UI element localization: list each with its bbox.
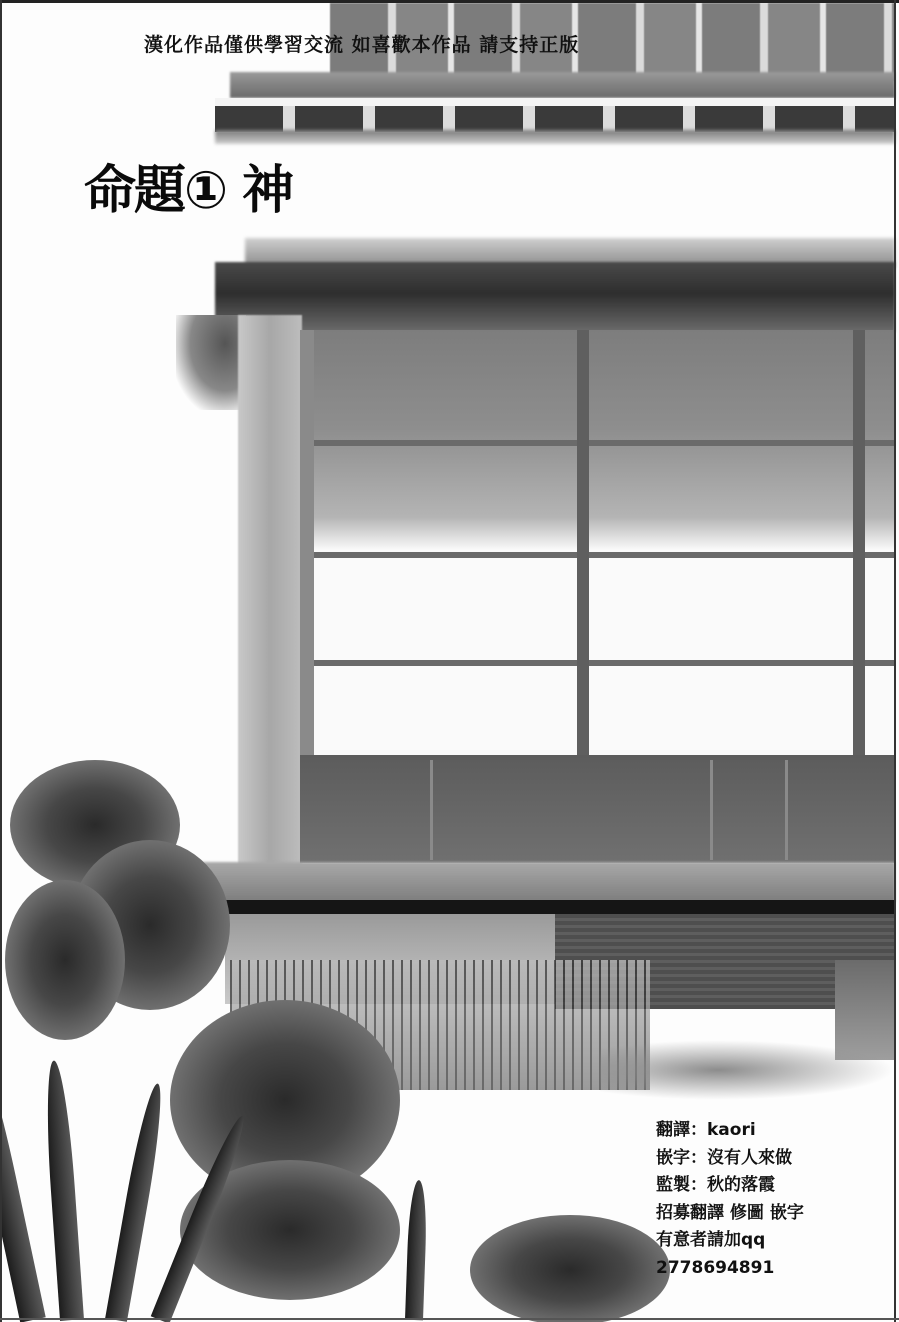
wooden-pillar: [238, 315, 302, 875]
leaf-blade: [105, 1082, 168, 1322]
leaf-blade: [42, 1060, 84, 1321]
manga-page: 漢化作品僅供學習交流 如喜歡本作品 請支持正版 命題① 神 翻譯：kaori 嵌…: [0, 0, 899, 1322]
credit-contact: 有意者請加qq: [656, 1227, 804, 1255]
panel-divider: [710, 760, 713, 860]
veranda-edge: [215, 900, 895, 914]
shoji-rail: [300, 552, 895, 558]
roof-highlight: [215, 98, 895, 106]
chapter-title: 命題① 神: [84, 148, 292, 223]
roof-edge: [230, 72, 895, 98]
leaf-blade: [0, 1034, 46, 1322]
credit-typesetter: 嵌字：沒有人來做: [656, 1145, 804, 1173]
page-border: [0, 1318, 899, 1320]
credits-block: 翻譯：kaori 嵌字：沒有人來做 監製：秋的落霞 招募翻譯 修圖 嵌字 有意者…: [656, 1117, 804, 1282]
ground-shadow: [600, 1040, 895, 1100]
page-border: [894, 0, 896, 1322]
shoji-rail: [300, 660, 895, 666]
scanlation-notice: 漢化作品僅供學習交流 如喜歡本作品 請支持正版: [144, 30, 579, 57]
shoji-rail: [300, 440, 895, 446]
rafters: [215, 106, 895, 132]
flower: [5, 880, 125, 1040]
lower-wall-panel: [300, 755, 895, 863]
credit-recruiting: 招募翻譯 修圖 嵌字: [656, 1200, 804, 1228]
panel-divider: [430, 760, 433, 860]
lintel-beam: [215, 262, 895, 332]
veranda-sill: [185, 862, 895, 902]
beam-shadow: [176, 315, 246, 410]
credit-qq-number: 2778694891: [656, 1255, 804, 1283]
credit-translator: 翻譯：kaori: [656, 1117, 804, 1145]
flower: [470, 1215, 670, 1322]
panel-divider: [785, 760, 788, 860]
page-border: [0, 0, 2, 1322]
rafters-shadow: [215, 130, 895, 144]
credit-supervisor: 監製：秋的落霞: [656, 1172, 804, 1200]
leaf-blade: [405, 1180, 428, 1321]
page-border: [0, 0, 899, 3]
